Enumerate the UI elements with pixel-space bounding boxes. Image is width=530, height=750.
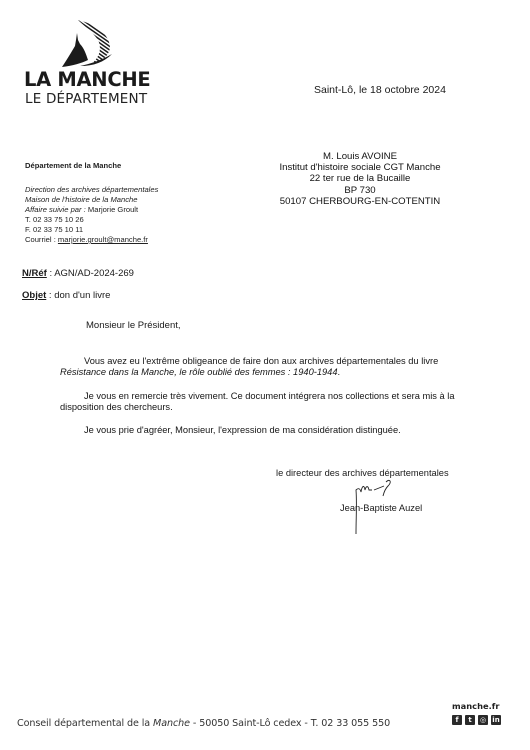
object-label: Objet (22, 290, 46, 301)
object-line: Objet : don d'un livre (22, 290, 110, 301)
sender-email-link[interactable]: marjorie.groult@manche.fr (58, 235, 148, 244)
letter-date: Saint-Lô, le 18 octobre 2024 (314, 84, 446, 96)
logo-subtitle: LE DÉPARTEMENT (25, 91, 147, 107)
sender-phone: T. 02 33 75 10 26 (25, 215, 158, 225)
logo-title: LA MANCHE (24, 68, 150, 91)
footer-text-c: - 50050 Saint-Lô cedex - T. 02 33 055 55… (190, 718, 390, 729)
p2-text: Je vous en remercie très vivement. Ce do… (60, 391, 455, 412)
sender-department: Département de la Manche (25, 161, 158, 171)
p1-start: Vous avez eu l'extrême obligeance de fai… (60, 356, 438, 366)
recipient-organization: Institut d'histoire sociale CGT Manche (265, 162, 455, 173)
salutation: Monsieur le Président, (86, 320, 181, 331)
sender-fax: F. 02 33 75 10 11 (25, 225, 158, 235)
footer-text-a: Conseil départemental de la (17, 718, 153, 729)
book-title: Résistance dans la Manche, le rôle oubli… (60, 367, 338, 377)
sender-maison: Maison de l'histoire de la Manche (25, 195, 158, 205)
signer-title: le directeur des archives départementale… (276, 468, 449, 478)
facebook-icon[interactable]: f (452, 715, 462, 725)
recipient-city: 50107 CHERBOURG-EN-COTENTIN (265, 196, 455, 207)
affaire-name: Marjorie Groult (86, 205, 138, 214)
linkedin-icon[interactable]: in (491, 715, 501, 725)
paragraph-1: Vous avez eu l'extrême obligeance de fai… (60, 356, 475, 378)
paragraph-2: Je vous en remercie très vivement. Ce do… (60, 391, 475, 413)
instagram-icon[interactable]: ◎ (478, 715, 488, 725)
signer-name: Jean-Baptiste Auzel (340, 503, 422, 513)
affaire-label: Affaire suivie par : (25, 205, 86, 214)
sender-affaire: Affaire suivie par : Marjorie Groult (25, 205, 158, 215)
sender-email-line: Courriel : marjorie.groult@manche.fr (25, 235, 158, 245)
recipient-name: M. Louis AVOINE (265, 151, 455, 162)
sender-block: Département de la Manche Direction des a… (25, 161, 158, 245)
reference-line: N/Réf : AGN/AD-2024-269 (22, 268, 134, 279)
recipient-address: M. Louis AVOINE Institut d'histoire soci… (265, 151, 455, 207)
email-label: Courriel : (25, 235, 58, 244)
object-value: : don d'un livre (46, 290, 110, 301)
recipient-po-box: BP 730 (265, 185, 455, 196)
twitter-icon[interactable]: t (465, 715, 475, 725)
p1-end: . (338, 367, 341, 377)
p3-text: Je vous prie d'agréer, Monsieur, l'expre… (60, 425, 401, 435)
reference-label: N/Réf (22, 268, 47, 279)
recipient-street: 22 ter rue de la Bucaille (265, 173, 455, 184)
paragraph-3: Je vous prie d'agréer, Monsieur, l'expre… (60, 425, 475, 436)
website-link[interactable]: manche.fr (452, 701, 499, 711)
social-links: f t ◎ in (452, 715, 501, 725)
reference-value: : AGN/AD-2024-269 (47, 268, 134, 279)
footer-text-b: Manche (153, 718, 190, 729)
sender-direction: Direction des archives départementales (25, 185, 158, 195)
footer-address: Conseil départemental de la Manche - 500… (17, 718, 390, 729)
mont-saint-michel-logo-icon (60, 18, 120, 68)
